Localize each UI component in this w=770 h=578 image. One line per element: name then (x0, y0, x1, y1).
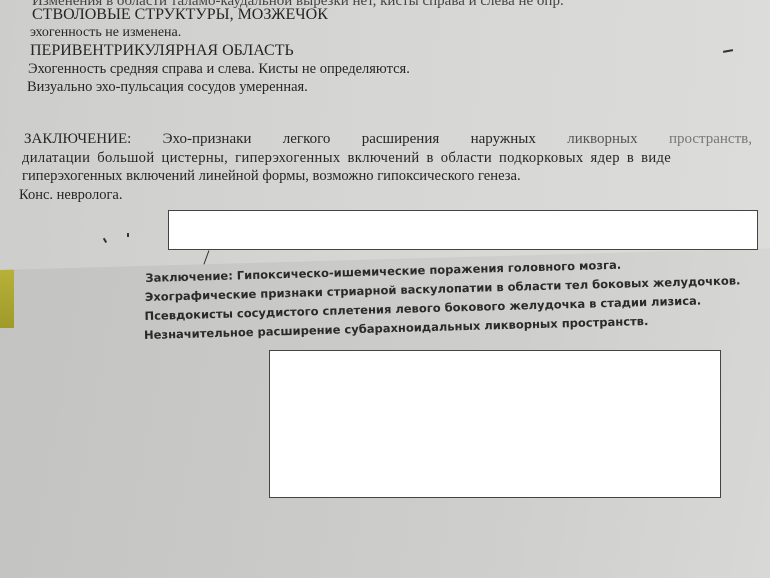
conclusion-line-2: дилатации большой цистерны, гиперэхогенн… (22, 150, 671, 167)
redaction-box-lower (269, 350, 721, 498)
pen-mark (127, 233, 129, 237)
conclusion-word: пространств, (669, 131, 752, 148)
conclusion-line-1: ЗАКЛЮЧЕНИЕ: Эхо-признаки легкого расшире… (24, 131, 752, 148)
redaction-box-signature (168, 210, 758, 250)
conclusion-line-3: гиперэхогенных включений линейной формы,… (22, 168, 521, 185)
pulsation-text: Визуально эхо-пульсация сосудов умеренна… (27, 79, 308, 96)
conclusion-label: ЗАКЛЮЧЕНИЕ: (24, 131, 131, 148)
pen-mark (103, 238, 107, 243)
conclusion-word: расширения (362, 131, 440, 148)
conclusion-word: ликворных (567, 131, 637, 148)
conclusion-word: легкого (283, 131, 331, 148)
periventricular-heading: ПЕРИВЕНТРИКУЛЯРНАЯ ОБЛАСТЬ (30, 42, 294, 60)
periventricular-text: Эхогенность средняя справа и слева. Кист… (28, 61, 410, 78)
consult-note: Конс. невролога. (19, 187, 123, 204)
brainstem-text: эхогенность не изменена. (30, 25, 181, 41)
pen-mark (723, 49, 733, 52)
conclusion-word: Эхо-признаки (163, 131, 252, 148)
conclusion-word: наружных (471, 131, 536, 148)
folder-edge (0, 268, 14, 328)
brainstem-heading: СТВОЛОВЫЕ СТРУКТУРЫ, МОЗЖЕЧОК (32, 6, 328, 24)
